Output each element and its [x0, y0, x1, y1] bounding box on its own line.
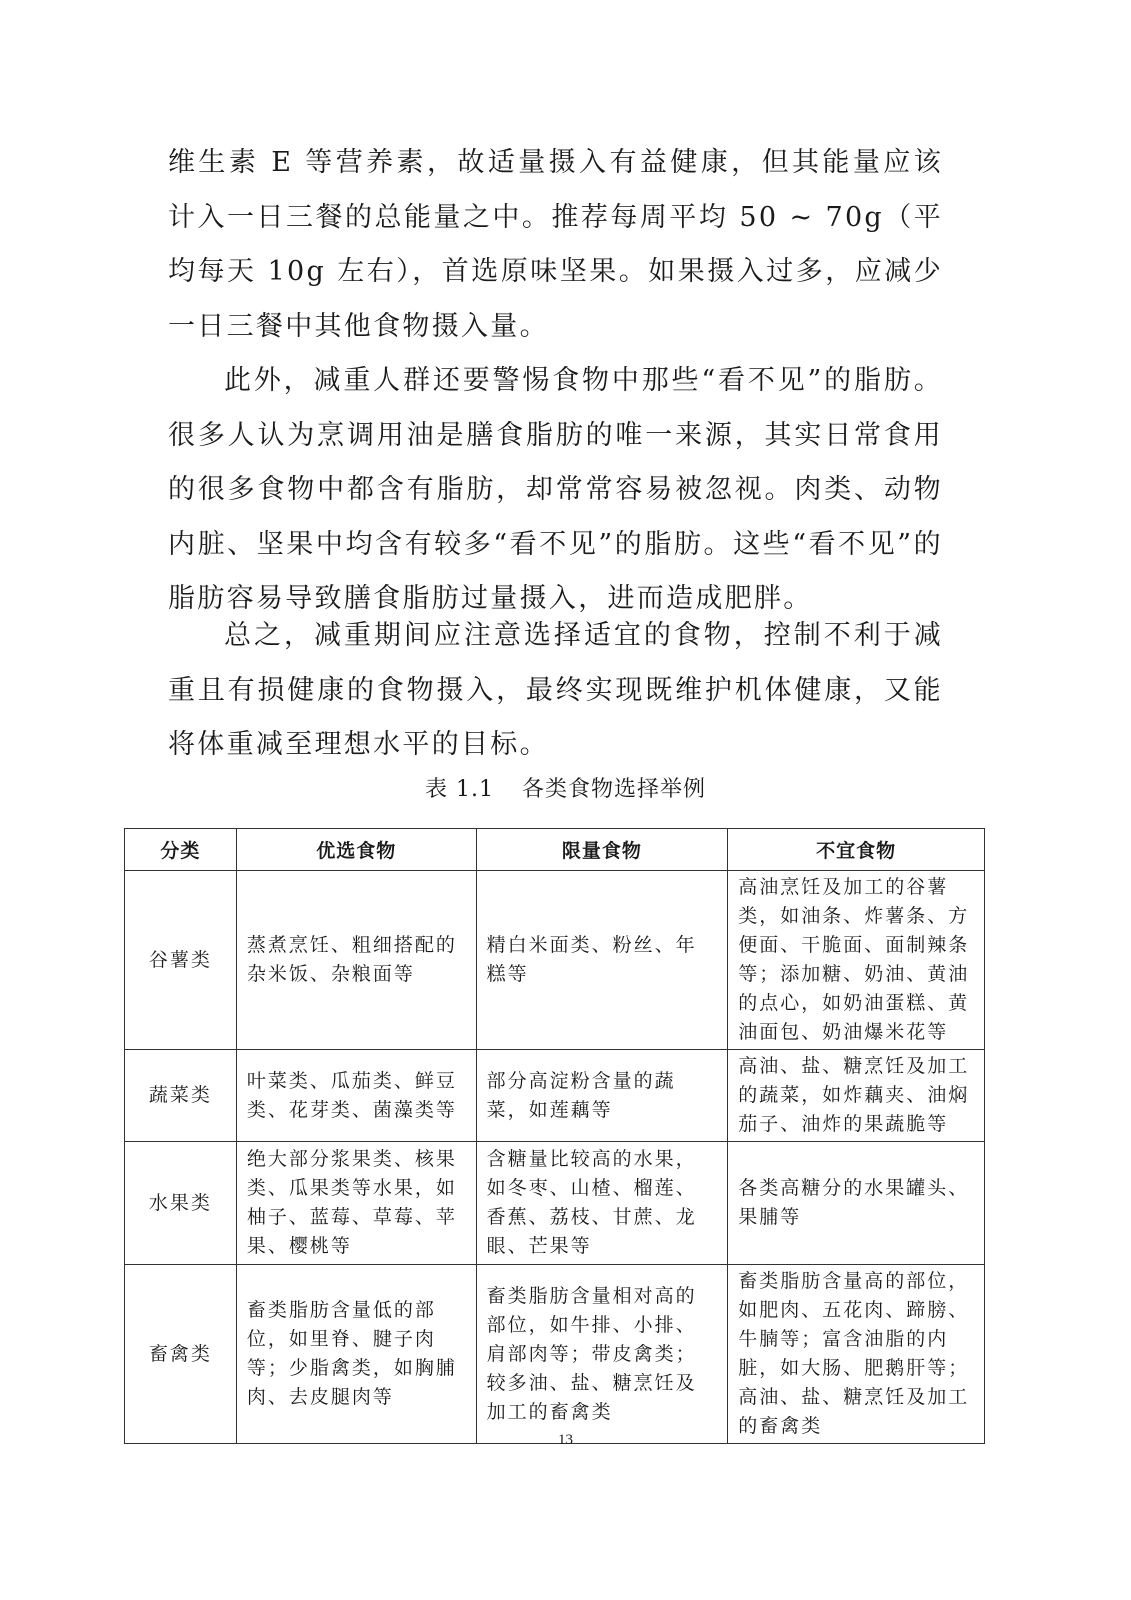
table-row: 水果类 绝大部分浆果类、核果类、瓜果类等水果，如柚子、蓝莓、草莓、苹果、樱桃等 … — [125, 1142, 985, 1265]
table-header-row: 分类 优选食物 限量食物 不宜食物 — [125, 829, 985, 871]
table-row: 畜禽类 畜类脂肪含量低的部位，如里脊、腱子肉等；少脂禽类，如胸脯肉、去皮腿肉等 … — [125, 1265, 985, 1444]
header-category: 分类 — [125, 829, 237, 871]
header-preferred: 优选食物 — [236, 829, 476, 871]
cell-limited: 部分高淀粉含量的蔬菜，如莲藕等 — [476, 1050, 728, 1142]
cell-preferred: 畜类脂肪含量低的部位，如里脊、腱子肉等；少脂禽类，如胸脯肉、去皮腿肉等 — [236, 1265, 476, 1444]
cell-preferred: 蒸煮烹饪、粗细搭配的杂米饭、杂粮面等 — [236, 871, 476, 1050]
cell-preferred: 绝大部分浆果类、核果类、瓜果类等水果，如柚子、蓝莓、草莓、苹果、樱桃等 — [236, 1142, 476, 1265]
table-caption: 表 1.1 各类食物选择举例 — [0, 772, 1131, 803]
cell-category: 水果类 — [125, 1142, 237, 1265]
cell-avoid: 畜类脂肪含量高的部位，如肥肉、五花肉、蹄膀、牛腩等；富含油脂的内脏，如大肠、肥鹅… — [728, 1265, 985, 1444]
cell-avoid: 高油烹饪及加工的谷薯类，如油条、炸薯条、方便面、干脆面、面制辣条等；添加糖、奶油… — [728, 871, 985, 1050]
header-limited: 限量食物 — [476, 829, 728, 871]
cell-category: 谷薯类 — [125, 871, 237, 1050]
table-row: 谷薯类 蒸煮烹饪、粗细搭配的杂米饭、杂粮面等 精白米面类、粉丝、年糕等 高油烹饪… — [125, 871, 985, 1050]
table-caption-number: 表 1.1 — [425, 777, 494, 802]
cell-limited: 畜类脂肪含量相对高的部位，如牛排、小排、肩部肉等；带皮禽类；较多油、盐、糖烹饪及… — [476, 1265, 728, 1444]
cell-avoid: 高油、盐、糖烹饪及加工的蔬菜，如炸藕夹、油焖茄子、油炸的果蔬脆等 — [728, 1050, 985, 1142]
cell-preferred: 叶菜类、瓜茄类、鲜豆类、花芽类、菌藻类等 — [236, 1050, 476, 1142]
cell-limited: 精白米面类、粉丝、年糕等 — [476, 871, 728, 1050]
cell-limited: 含糖量比较高的水果，如冬枣、山楂、榴莲、香蕉、荔枝、甘蔗、龙眼、芒果等 — [476, 1142, 728, 1265]
cell-category: 畜禽类 — [125, 1265, 237, 1444]
paragraph-conclusion: 总之，减重期间应注意选择适宜的食物，控制不利于减重且有损健康的食物摄入，最终实现… — [168, 609, 943, 773]
cell-category: 蔬菜类 — [125, 1050, 237, 1142]
page-number: 13 — [0, 1432, 1131, 1449]
paragraph-nuts-intake: 维生素 E 等营养素，故适量摄入有益健康，但其能量应该计入一日三餐的总能量之中。… — [168, 136, 943, 354]
header-avoid: 不宜食物 — [728, 829, 985, 871]
table-caption-title: 各类食物选择举例 — [522, 777, 706, 802]
paragraph-hidden-fat: 此外，减重人群还要警惕食物中那些“看不见”的脂肪。很多人认为烹调用油是膳食脂肪的… — [168, 354, 943, 627]
food-selection-table: 分类 优选食物 限量食物 不宜食物 谷薯类 蒸煮烹饪、粗细搭配的杂米饭、杂粮面等… — [124, 828, 985, 1444]
table-row: 蔬菜类 叶菜类、瓜茄类、鲜豆类、花芽类、菌藻类等 部分高淀粉含量的蔬菜，如莲藕等… — [125, 1050, 985, 1142]
cell-avoid: 各类高糖分的水果罐头、果脯等 — [728, 1142, 985, 1265]
